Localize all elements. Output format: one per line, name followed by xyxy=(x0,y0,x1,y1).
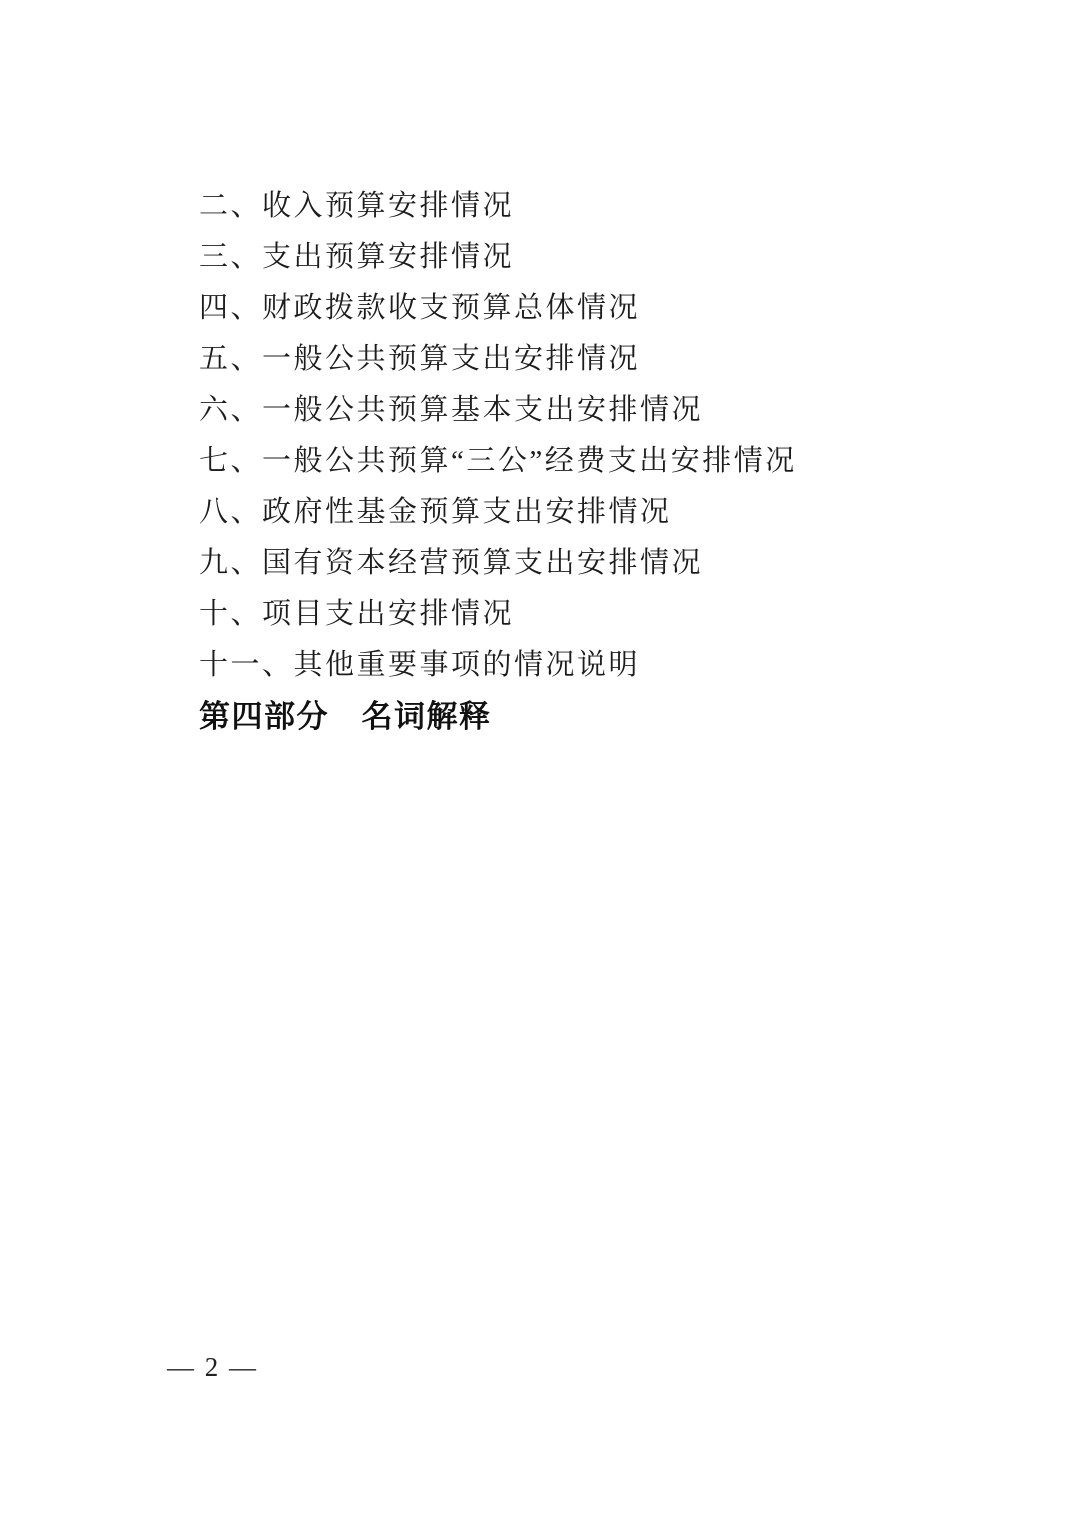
section-heading: 第四部分 名词解释 xyxy=(199,691,979,743)
page-number: — 2 — xyxy=(167,1350,258,1384)
toc-item: 五、一般公共预算支出安排情况 xyxy=(199,334,979,385)
toc-item: 十、项目支出安排情况 xyxy=(199,589,979,640)
toc-item: 九、国有资本经营预算支出安排情况 xyxy=(199,538,979,589)
document-page: 二、收入预算安排情况 三、支出预算安排情况 四、财政拨款收支预算总体情况 五、一… xyxy=(0,0,1074,1520)
toc-item: 八、政府性基金预算支出安排情况 xyxy=(199,487,979,538)
toc-item: 七、一般公共预算“三公”经费支出安排情况 xyxy=(199,436,979,487)
toc-item: 十一、其他重要事项的情况说明 xyxy=(199,640,979,691)
toc-item: 六、一般公共预算基本支出安排情况 xyxy=(199,385,979,436)
toc-item: 四、财政拨款收支预算总体情况 xyxy=(199,283,979,334)
table-of-contents: 二、收入预算安排情况 三、支出预算安排情况 四、财政拨款收支预算总体情况 五、一… xyxy=(199,181,979,743)
toc-item: 三、支出预算安排情况 xyxy=(199,232,979,283)
toc-item: 二、收入预算安排情况 xyxy=(199,181,979,232)
